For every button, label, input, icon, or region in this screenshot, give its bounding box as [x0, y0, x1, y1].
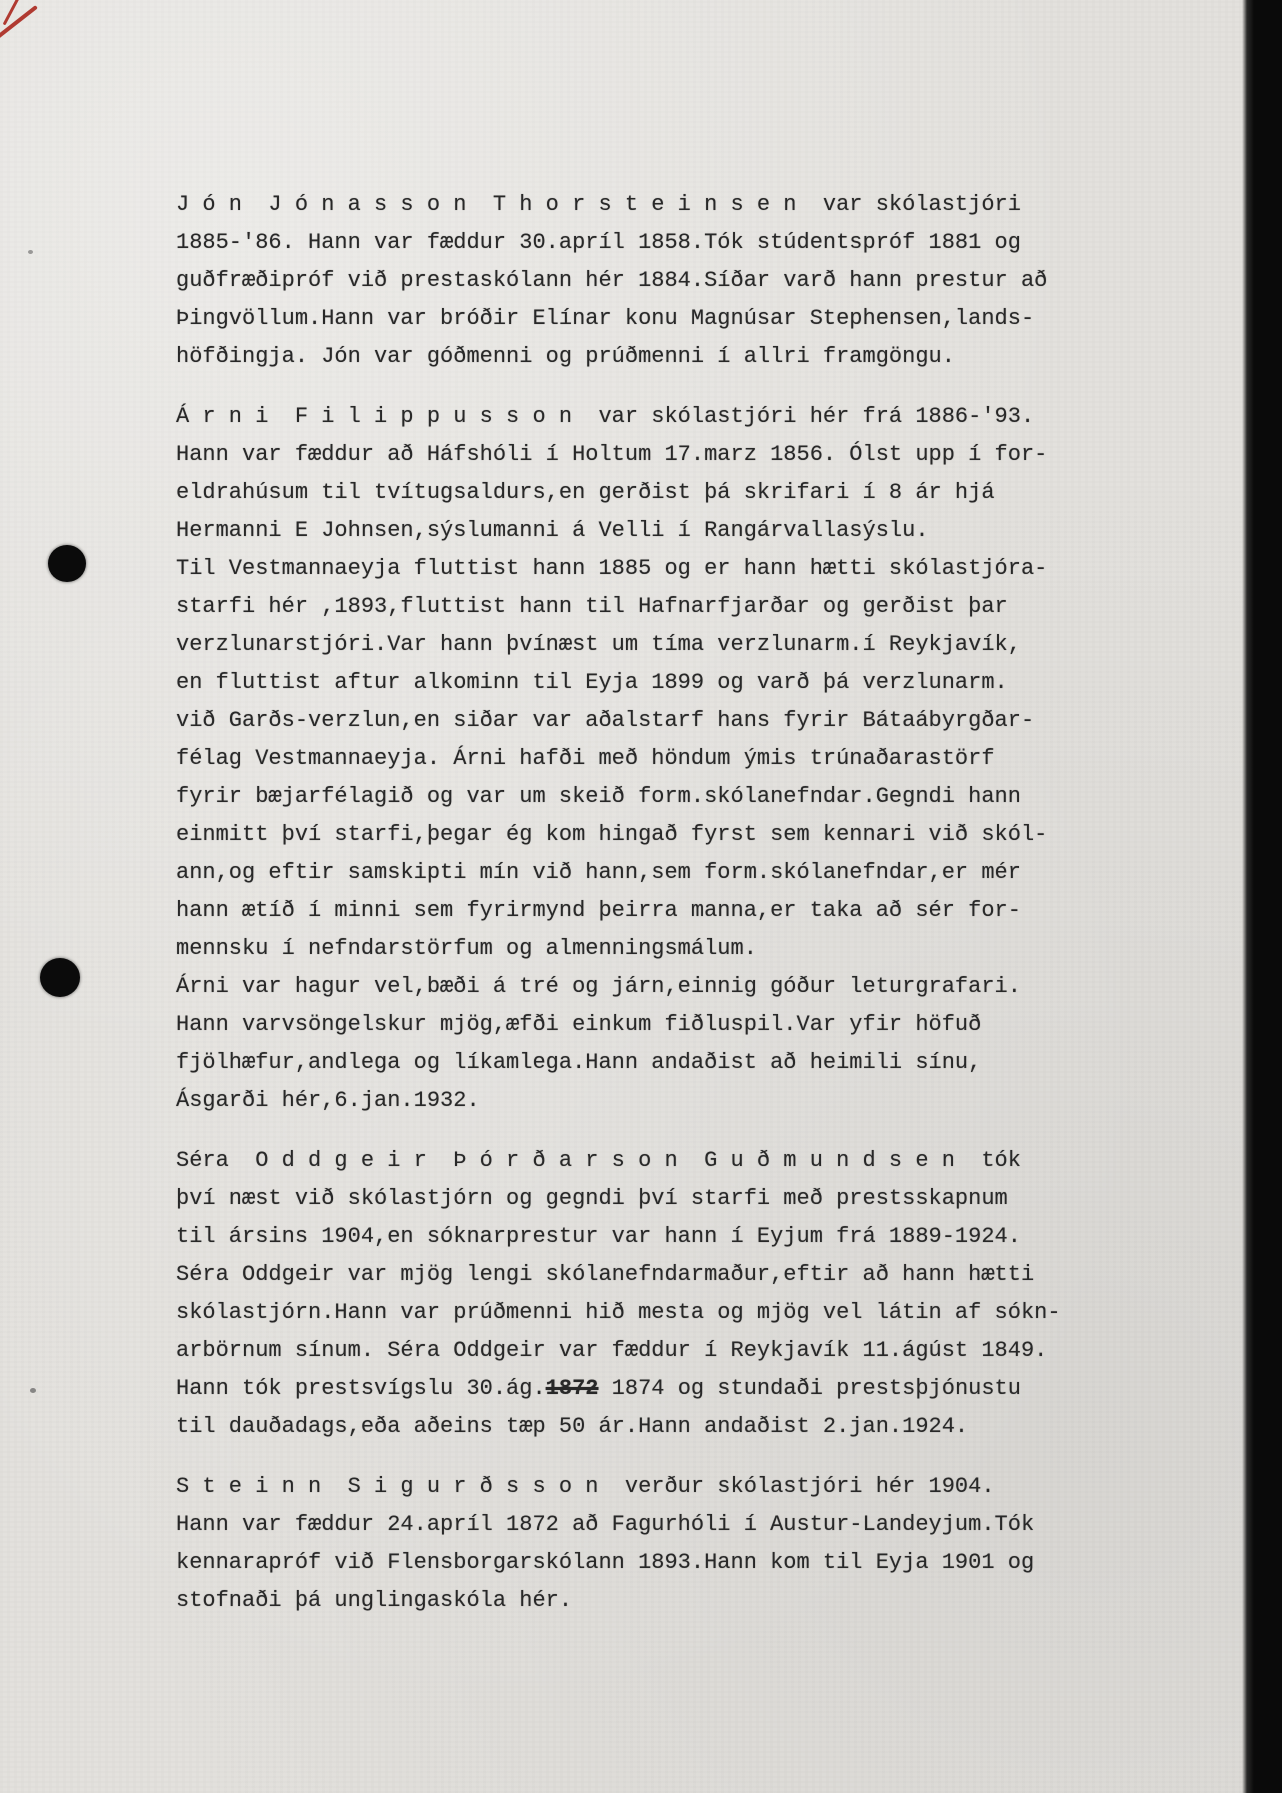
text-line: við Garðs-verzlun,en siðar var aðalstarf…	[176, 702, 1096, 740]
text-line: 1885-'86. Hann var fæddur 30.apríl 1858.…	[176, 224, 1096, 262]
text-line: því næst við skólastjórn og gegndi því s…	[176, 1180, 1096, 1218]
struck-text: 1872	[546, 1376, 599, 1401]
text-line: einmitt því starfi,þegar ég kom hingað f…	[176, 816, 1096, 854]
text-line: en fluttist aftur alkominn til Eyja 1899…	[176, 664, 1096, 702]
scan-speck	[30, 1388, 36, 1393]
text-line: Hermanni E Johnsen,sýslumanni á Velli í …	[176, 512, 1096, 550]
text-line: félag Vestmannaeyja. Árni hafði með hönd…	[176, 740, 1096, 778]
text-line: stofnaði þá unglingaskóla hér.	[176, 1582, 1096, 1620]
scan-edge-band	[1242, 0, 1282, 1793]
text-line: fyrir bæjarfélagið og var um skeið form.…	[176, 778, 1096, 816]
paragraph: Á r n i F i l i p p u s s o n var skólas…	[176, 398, 1096, 1120]
text-line: arbörnum sínum. Séra Oddgeir var fæddur …	[176, 1332, 1096, 1370]
text-line: Ásgarði hér,6.jan.1932.	[176, 1082, 1096, 1120]
text-line: Séra Oddgeir var mjög lengi skólanefndar…	[176, 1256, 1096, 1294]
text-run: 1874 og stundaði prestsþjónustu	[598, 1376, 1020, 1401]
text-line: Hann var fæddur 24.apríl 1872 að Fagurhó…	[176, 1506, 1096, 1544]
scan-speck	[28, 250, 33, 254]
text-line: J ó n J ó n a s s o n T h o r s t e i n …	[176, 186, 1096, 224]
scanned-document-page: J ó n J ó n a s s o n T h o r s t e i n …	[0, 0, 1282, 1793]
text-line: Hann var fæddur að Háfshóli í Holtum 17.…	[176, 436, 1096, 474]
text-line: S t e i n n S i g u r ð s s o n verður s…	[176, 1468, 1096, 1506]
text-line: Árni var hagur vel,bæði á tré og járn,ei…	[176, 968, 1096, 1006]
text-line: Hann tók prestsvígslu 30.ág.1872 1874 og…	[176, 1370, 1096, 1408]
text-line: kennarapróf við Flensborgarskólann 1893.…	[176, 1544, 1096, 1582]
text-line: ann,og eftir samskipti mín við hann,sem …	[176, 854, 1096, 892]
punch-hole-top	[48, 545, 86, 582]
text-line: höfðingja. Jón var góðmenni og prúðmenni…	[176, 338, 1096, 376]
text-line: fjölhæfur,andlega og líkamlega.Hann anda…	[176, 1044, 1096, 1082]
text-line: guðfræðipróf við prestaskólann hér 1884.…	[176, 262, 1096, 300]
text-line: til dauðadags,eða aðeins tæp 50 ár.Hann …	[176, 1408, 1096, 1446]
text-line: verzlunarstjóri.Var hann þvínæst um tíma…	[176, 626, 1096, 664]
text-line: Á r n i F i l i p p u s s o n var skólas…	[176, 398, 1096, 436]
text-line: mennsku í nefndarstörfum og almenningsmá…	[176, 930, 1096, 968]
text-line: hann ætíð í minni sem fyrirmynd þeirra m…	[176, 892, 1096, 930]
text-line: eldrahúsum til tvítugsaldurs,en gerðist …	[176, 474, 1096, 512]
punch-hole-bottom	[40, 958, 80, 997]
paragraph: Séra O d d g e i r Þ ó r ð a r s o n G u…	[176, 1142, 1096, 1446]
text-line: Hann varvsöngelskur mjög,æfði einkum fið…	[176, 1006, 1096, 1044]
text-line: til ársins 1904,en sóknarprestur var han…	[176, 1218, 1096, 1256]
text-run: Hann tók prestsvígslu 30.ág.	[176, 1376, 546, 1401]
paragraph: J ó n J ó n a s s o n T h o r s t e i n …	[176, 186, 1096, 376]
text-line: Þingvöllum.Hann var bróðir Elínar konu M…	[176, 300, 1096, 338]
text-line: skólastjórn.Hann var prúðmenni hið mesta…	[176, 1294, 1096, 1332]
document-text: J ó n J ó n a s s o n T h o r s t e i n …	[176, 186, 1096, 1642]
paragraph: S t e i n n S i g u r ð s s o n verður s…	[176, 1468, 1096, 1620]
text-line: Séra O d d g e i r Þ ó r ð a r s o n G u…	[176, 1142, 1096, 1180]
text-line: Til Vestmannaeyja fluttist hann 1885 og …	[176, 550, 1096, 588]
text-line: starfi hér ,1893,fluttist hann til Hafna…	[176, 588, 1096, 626]
